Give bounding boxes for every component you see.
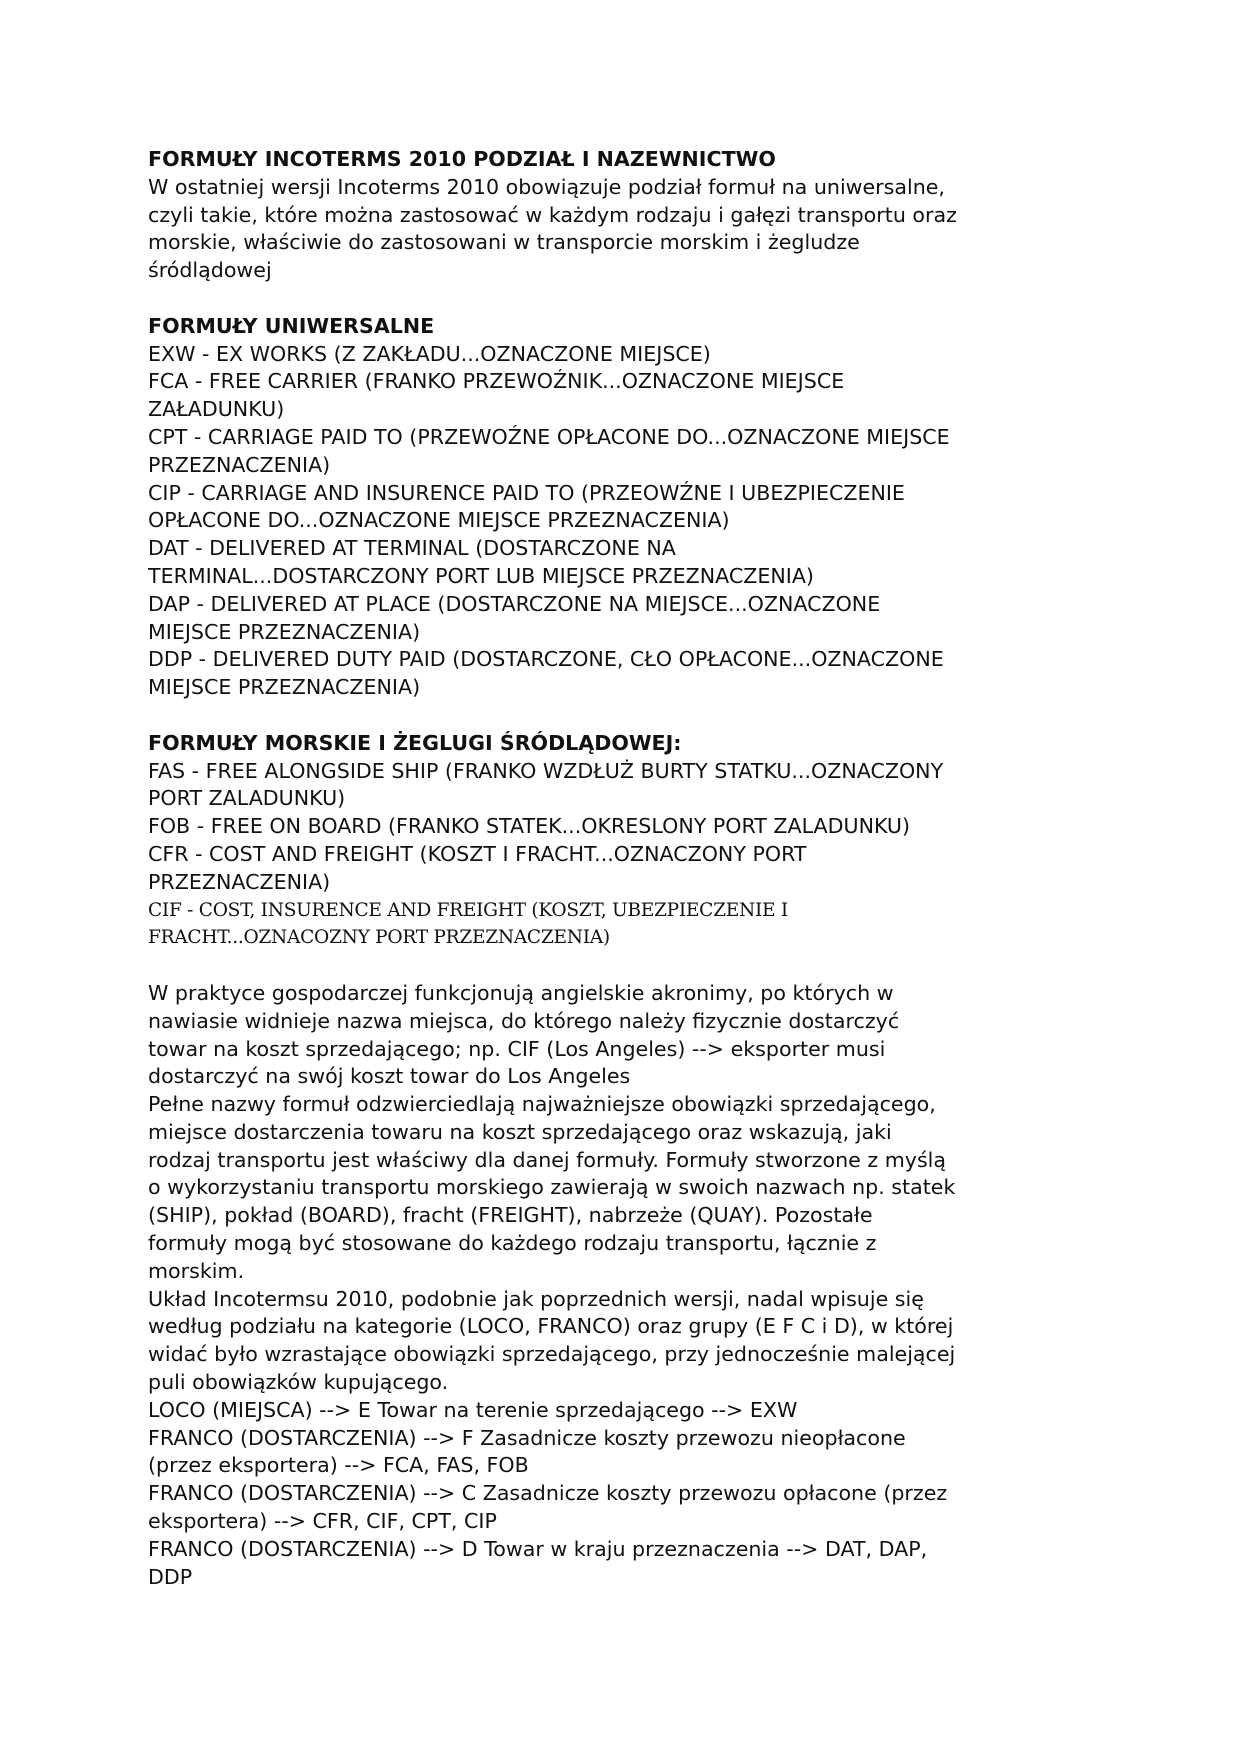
term-line: FOB - FREE ON BOARD (FRANKO STATEK...OKR… [148,813,1108,841]
section-maritime: FORMUŁY MORSKIE I ŻEGLUGI ŚRÓDLĄDOWEJ: F… [148,730,1108,952]
document-title: FORMUŁY INCOTERMS 2010 PODZIAŁ I NAZEWNI… [148,146,1108,174]
text-line: LOCO (MIEJSCA) --> E Towar na terenie sp… [148,1397,1108,1425]
term-line: FCA - FREE CARRIER (FRANKO PRZEWOŹNIK...… [148,368,1108,396]
text-line: towar na koszt sprzedającego; np. CIF (L… [148,1036,1108,1064]
term-line: MIEJSCE PRZEZNACZENIA) [148,619,1108,647]
term-line: DAP - DELIVERED AT PLACE (DOSTARCZONE NA… [148,591,1108,619]
text-line: Układ Incotermsu 2010, podobnie jak popr… [148,1286,1108,1314]
term-line: CIP - CARRIAGE AND INSURENCE PAID TO (PR… [148,480,1108,508]
text-line: czyli takie, które można zastosować w ka… [148,202,1108,230]
term-line: PRZEZNACZENIA) [148,452,1108,480]
section-heading: FORMUŁY MORSKIE I ŻEGLUGI ŚRÓDLĄDOWEJ: [148,730,1108,758]
term-line-serif: CIF - COST, INSURENCE AND FREIGHT (KOSZT… [148,897,1108,925]
term-line: DDP - DELIVERED DUTY PAID (DOSTARCZONE, … [148,646,1108,674]
term-line: OPŁACONE DO...OZNACZONE MIEJSCE PRZEZNAC… [148,507,1108,535]
text-line: rodzaj transportu jest właściwy dla dane… [148,1147,1108,1175]
text-line: śródlądowej [148,257,1108,285]
term-line-serif: FRACHT...OZNACOZNY PORT PRZEZNACZENIA) [148,924,1108,952]
section-universal: FORMUŁY UNIWERSALNE EXW - EX WORKS (Z ZA… [148,313,1108,702]
term-line: PRZEZNACZENIA) [148,869,1108,897]
term-line: CFR - COST AND FREIGHT (KOSZT I FRACHT..… [148,841,1108,869]
term-line: DAT - DELIVERED AT TERMINAL (DOSTARCZONE… [148,535,1108,563]
text-line: morskim. [148,1258,1108,1286]
term-line: CPT - CARRIAGE PAID TO (PRZEWOŹNE OPŁACO… [148,424,1108,452]
text-line: widać było wzrastające obowiązki sprzeda… [148,1341,1108,1369]
text-line: W praktyce gospodarczej funkcjonują angi… [148,980,1108,1008]
text-line: FRANCO (DOSTARCZENIA) --> C Zasadnicze k… [148,1480,1108,1508]
term-line: FAS - FREE ALONGSIDE SHIP (FRANKO WZDŁUŻ… [148,758,1108,786]
spacer [148,285,1108,313]
term-line: MIEJSCE PRZEZNACZENIA) [148,674,1108,702]
text-line: nawiasie widnieje nazwa miejsca, do któr… [148,1008,1108,1036]
body-paragraphs: W praktyce gospodarczej funkcjonują angi… [148,980,1108,1592]
text-line: o wykorzystaniu transportu morskiego zaw… [148,1174,1108,1202]
text-line: miejsce dostarczenia towaru na koszt spr… [148,1119,1108,1147]
text-line: W ostatniej wersji Incoterms 2010 obowią… [148,174,1108,202]
text-line: puli obowiązków kupującego. [148,1369,1108,1397]
text-line: FRANCO (DOSTARCZENIA) --> D Towar w kraj… [148,1536,1108,1564]
term-line: PORT ZALADUNKU) [148,785,1108,813]
text-line: dostarczyć na swój koszt towar do Los An… [148,1063,1108,1091]
text-line: według podziału na kategorie (LOCO, FRAN… [148,1313,1108,1341]
term-line: EXW - EX WORKS (Z ZAKŁADU...OZNACZONE MI… [148,341,1108,369]
section-heading: FORMUŁY UNIWERSALNE [148,313,1108,341]
spacer [148,952,1108,980]
text-line: DDP [148,1564,1108,1592]
document-page: FORMUŁY INCOTERMS 2010 PODZIAŁ I NAZEWNI… [148,146,1108,1591]
text-line: formuły mogą być stosowane do każdego ro… [148,1230,1108,1258]
text-line: (przez eksportera) --> FCA, FAS, FOB [148,1452,1108,1480]
term-line: TERMINAL...DOSTARCZONY PORT LUB MIEJSCE … [148,563,1108,591]
text-line: Pełne nazwy formuł odzwierciedlają najwa… [148,1091,1108,1119]
intro-paragraph: W ostatniej wersji Incoterms 2010 obowią… [148,174,1108,285]
text-line: eksportera) --> CFR, CIF, CPT, CIP [148,1508,1108,1536]
text-line: morskie, właściwie do zastosowani w tran… [148,229,1108,257]
term-line: ZAŁADUNKU) [148,396,1108,424]
text-line: (SHIP), pokład (BOARD), fracht (FREIGHT)… [148,1202,1108,1230]
spacer [148,702,1108,730]
text-line: FRANCO (DOSTARCZENIA) --> F Zasadnicze k… [148,1425,1108,1453]
